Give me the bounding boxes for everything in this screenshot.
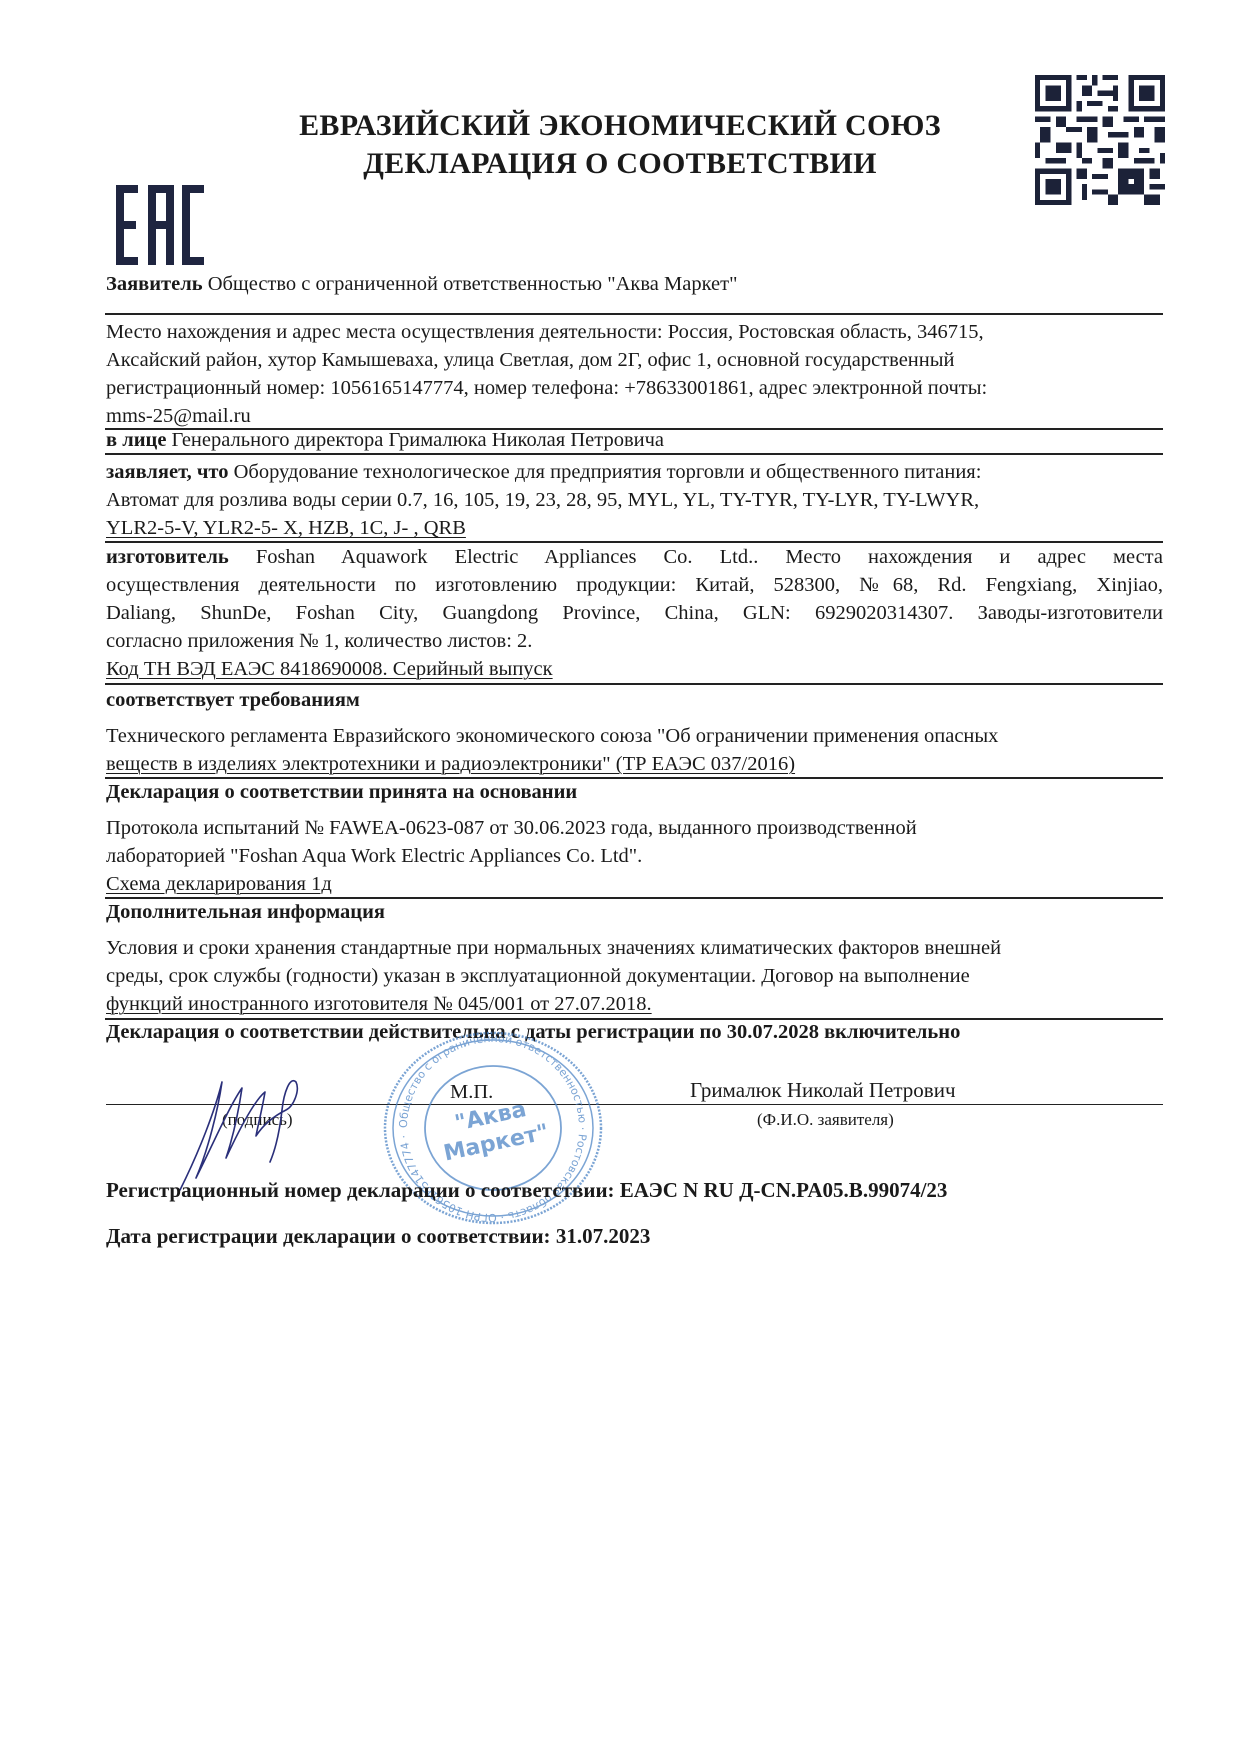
qr-code-icon: [1035, 75, 1165, 205]
signer-name: Грималюк Николай Петрович: [690, 1077, 956, 1103]
declares-line: Оборудование технологическое для предпри…: [234, 461, 982, 483]
representative-value: Генерального директора Грималюка Николая…: [172, 429, 664, 451]
declares-row: заявляет, что Оборудование технологическ…: [106, 458, 981, 487]
signer-caption: (Ф.И.О. заявителя): [757, 1109, 894, 1131]
divider: [105, 453, 1163, 455]
applicant-label: Заявитель: [106, 273, 203, 295]
requirements-line: Технического регламента Евразийского эко…: [106, 722, 998, 751]
address-line: Аксайский район, хутор Камышеваха, улица…: [106, 346, 954, 375]
registration-date-row: Дата регистрации декларации о соответств…: [106, 1222, 650, 1251]
registration-date-label: Дата регистрации декларации о соответств…: [106, 1224, 551, 1248]
registration-number-value: ЕАЭС N RU Д-CN.PA05.B.99074/23: [620, 1178, 948, 1202]
additional-line: Условия и сроки хранения стандартные при…: [106, 934, 1001, 963]
address-line: Место нахождения и адрес места осуществл…: [106, 318, 984, 347]
manufacturer-line: согласно приложения № 1, количество лист…: [106, 627, 532, 656]
divider: [105, 683, 1163, 685]
additional-line: функций иностранного изготовителя № 045/…: [106, 990, 652, 1019]
eac-logo-icon: [116, 185, 204, 265]
declares-label: заявляет, что: [106, 461, 228, 483]
registration-number-label: Регистрационный номер декларации о соотв…: [106, 1178, 615, 1202]
declares-line: Автомат для розлива воды серии 0.7, 16, …: [106, 486, 979, 515]
representative-label: в лице: [106, 429, 166, 451]
manufacturer-line: Foshan Aquawork Electric Appliances Co. …: [256, 546, 1163, 568]
basis-line: лабораторией "Foshan Aqua Work Electric …: [106, 842, 642, 871]
manufacturer-line: осуществления деятельности по изготовлен…: [106, 571, 1163, 600]
basis-line: Протокола испытаний № FAWEA-0623-087 от …: [106, 814, 917, 843]
additional-line: среды, срок службы (годности) указан в э…: [106, 962, 970, 991]
requirements-heading: соответствует требованиям: [106, 686, 360, 715]
divider: [105, 313, 1163, 315]
registration-date-value: 31.07.2023: [556, 1224, 651, 1248]
registration-number-row: Регистрационный номер декларации о соотв…: [106, 1176, 947, 1205]
additional-heading: Дополнительная информация: [106, 898, 385, 927]
address-line: регистрационный номер: 1056165147774, но…: [106, 374, 987, 403]
requirements-line: веществ в изделиях электротехники и ради…: [106, 750, 795, 779]
manufacturer-row: изготовитель Foshan Aquawork Electric Ap…: [106, 543, 1163, 572]
declaration-scheme: Схема декларирования 1д: [106, 870, 332, 899]
hs-code-line: Код ТН ВЭД ЕАЭС 8418690008. Серийный вып…: [106, 655, 553, 684]
applicant-value: Общество с ограниченной ответственностью…: [208, 273, 738, 295]
basis-heading: Декларация о соответствии принята на осн…: [106, 778, 577, 807]
manufacturer-line: Daliang, ShunDe, Foshan City, Guangdong …: [106, 599, 1163, 628]
representative-row: в лице Генерального директора Грималюка …: [106, 426, 664, 455]
applicant-row: Заявитель Общество с ограниченной ответс…: [106, 270, 737, 299]
declares-line: YLR2-5-V, YLR2-5- X, HZB, 1C, J- , QRB: [106, 514, 466, 543]
manufacturer-label: изготовитель: [106, 546, 229, 568]
